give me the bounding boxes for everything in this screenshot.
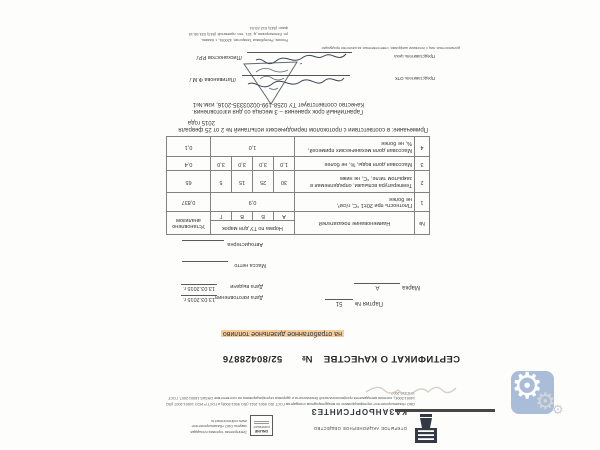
company-name-label: КАЗАНЬОРГСИНТЕЗ — [311, 407, 407, 416]
header-rule — [395, 410, 495, 413]
row2-norm-a: 30 — [274, 171, 295, 193]
certificate-page-rotated-180: ОТКРЫТОЕ АКЦИОНЕРНОЕ ОБЩЕСТВО КАЗАНЬОРГС… — [0, 0, 600, 450]
mark-header-v: В — [232, 212, 253, 221]
online-note-line3: www.onlinecontract.ru — [211, 419, 247, 423]
online-badge-line1: ONLINE — [251, 429, 272, 433]
party-label: Партия № — [355, 300, 383, 306]
online-contract-badge: ONLINE CONTRACT — [250, 415, 273, 436]
certificate-number: 52/80428876 — [222, 353, 282, 364]
online-note-line2: закупок ОАО «Казаньоргсинтез» — [191, 424, 247, 428]
table-row-impurities: 4 Массовая доля механических примесей,%,… — [167, 137, 430, 157]
row3-norm-a: 1,0 — [274, 157, 295, 171]
mark-label: Марка — [402, 284, 420, 290]
mark-header-g: Г — [211, 212, 232, 221]
signature2-role-label: Представитель цеха — [394, 54, 435, 59]
mark-header-a: А — [274, 212, 295, 221]
company-type-label: ОТКРЫТОЕ АКЦИОНЕРНОЕ ОБЩЕСТВО — [314, 426, 407, 431]
thumbnail-watermark: ⚙ ⚙ ⚙ — [511, 371, 571, 427]
signature1-name: /Лативанова Ф.М./ — [190, 76, 236, 82]
mark-value: А — [354, 283, 400, 290]
row3-fact: 0,4 — [167, 157, 211, 171]
net-mass-label: Масса нетто — [234, 262, 266, 268]
kazanorgsintez-logo-icon — [412, 412, 440, 444]
online-badge-line2: CONTRACT — [251, 425, 272, 429]
col-header-name: Наименование показателей — [295, 212, 415, 235]
certificate-title-row: СЕРТИФИКАТ О КАЧЕСТВЕ № 52/80428876 — [222, 353, 460, 364]
row2-norm-b: 25 — [253, 171, 274, 193]
quality-parameters-table: № Наименование показателей Норма по ТУ д… — [166, 136, 430, 235]
mark-header-b: Б — [253, 212, 274, 221]
row1-norm: 0,9 — [211, 193, 295, 212]
row2-fact: 65 — [167, 171, 211, 193]
made-date-label: Дата изготовления — [215, 294, 263, 300]
address-line1: Россия, Республика Татарстан, 420051, г.… — [201, 38, 288, 42]
party-value: 51 — [325, 299, 353, 306]
row4-norm: 1,0 — [211, 137, 295, 157]
net-mass-blank — [182, 261, 228, 270]
number-sign: № — [301, 353, 312, 364]
tank-truck-blank — [182, 240, 224, 249]
row1-name: Плотность при 20±1 °С, г/см³,не более — [295, 193, 415, 212]
tank-truck-label: Автоцистерна — [227, 241, 263, 247]
made-date-value: 13.03.2015 г. — [181, 295, 217, 302]
row4-num: 4 — [415, 137, 430, 157]
issue-date-label: Дата выдачи — [230, 283, 263, 289]
signature-footnote: должностных лиц с личными шифрами, ответ… — [322, 46, 460, 50]
gear-icon-tiny: ⚙ — [552, 404, 564, 417]
row3-norm-v: 3,0 — [232, 157, 253, 171]
table-row-density: 1 Плотность при 20±1 °С, г/см³,не более … — [167, 193, 430, 212]
col-header-fact-line1: Установлено — [168, 223, 209, 230]
note-protocol-year: 2015 года — [188, 119, 215, 125]
address-line2: ул. Беломорская, д. 101, тел. приемной: … — [189, 32, 288, 36]
col-header-num: № — [415, 212, 430, 235]
row3-num: 3 — [415, 157, 430, 171]
row1-fact: 0,837 — [167, 193, 211, 212]
row3-norm-g: 3,0 — [211, 157, 232, 171]
signature2-name: /Писканостов Р.Р./ — [196, 54, 242, 60]
row2-num: 2 — [415, 171, 430, 193]
note-protocol: Примечание: в соответствии с протоколом … — [178, 126, 428, 132]
signature1-role-label: Представитель ОТК — [395, 76, 435, 81]
table-row-water: 3 Массовая доля воды, %, не более 1,0 3,… — [167, 157, 430, 171]
col-header-norm: Норма по ТУ для марок — [211, 221, 295, 235]
row2-norm-v: 15 — [232, 171, 253, 193]
certificate-title: СЕРТИФИКАТ О КАЧЕСТВЕ — [323, 353, 460, 364]
row3-norm-b: 3,0 — [253, 157, 274, 171]
row2-name: Температура вспышки, определяемая взакры… — [295, 171, 415, 193]
certificate-subtitle: на отработанное дизельное топливо — [221, 330, 344, 337]
table-row-flashpoint: 2 Температура вспышки, определяемая взак… — [167, 171, 430, 193]
online-note: Электронная торговая площадка закупок ОА… — [190, 417, 247, 434]
address-line3: факс: (843) 512-53-04 — [250, 26, 288, 30]
online-note-line1: Электронная торговая площадка — [190, 430, 247, 434]
pencil-scribble — [350, 380, 460, 400]
row4-name: Массовая доля механических примесей,%, н… — [295, 137, 415, 157]
row1-num: 1 — [415, 193, 430, 212]
triangle-stamp — [240, 56, 302, 108]
issue-date-value: 13.03.2015 г. — [181, 284, 217, 291]
row2-norm-g: 5 — [211, 171, 232, 193]
scan-thumbnail: ОТКРЫТОЕ АКЦИОНЕРНОЕ ОБЩЕСТВО КАЗАНЬОРГС… — [0, 0, 600, 450]
col-header-fact: Установлено анализом — [167, 212, 211, 235]
row3-name: Массовая доля воды, %, не более — [295, 157, 415, 171]
footer-address: Россия, Республика Татарстан, 420051, г.… — [189, 25, 288, 43]
row4-fact: 0,1 — [167, 137, 211, 157]
note-shelf-life: Гарантийный срок хранения – 3 месяца со … — [192, 108, 363, 114]
